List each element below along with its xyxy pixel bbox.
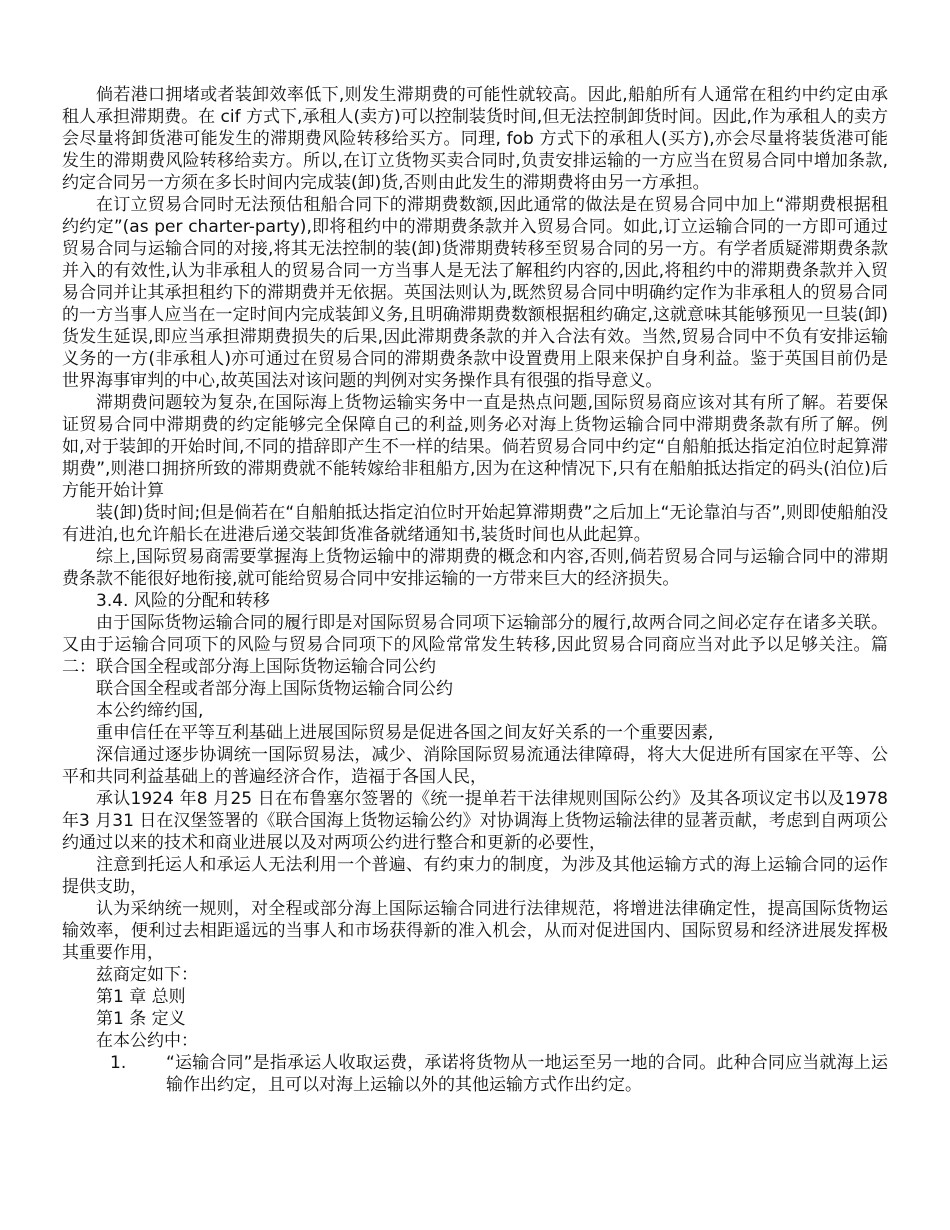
paragraph: 联合国全程或者部分海上国际货物运输合同公约 <box>62 678 888 700</box>
list-text: “运输合同”是指承运人收取运费，承诺将货物从一地运至另一地的合同。此种合同应当就… <box>166 1053 888 1095</box>
paragraph: 重申信任在平等互利基础上进展国际贸易是促进各国之间友好关系的一个重要因素, <box>62 722 888 744</box>
paragraph: 滞期费问题较为复杂,在国际海上货物运输实务中一直是热点问题,国际贸易商应该对其有… <box>62 392 888 502</box>
document-page: 倘若港口拥堵或者装卸效率低下,则发生滞期费的可能性就较高。因此,船舶所有人通常在… <box>0 0 950 1230</box>
paragraph: 在本公约中： <box>62 1030 888 1052</box>
paragraph: 综上,国际贸易商需要掌握海上货物运输中的滞期费的概念和内容,否则,倘若贸易合同与… <box>62 546 888 590</box>
list-number: 1. <box>110 1052 126 1074</box>
paragraph: 在订立贸易合同时无法预估租船合同下的滞期费数额,因此通常的做法是在贸易合同中加上… <box>62 194 888 392</box>
paragraph: 深信通过逐步协调统一国际贸易法，减少、消除国际贸易流通法律障碍，将大大促进所有国… <box>62 744 888 788</box>
section-heading: 3.4. 风险的分配和转移 <box>62 590 888 612</box>
paragraph: 第1 条 定义 <box>62 1008 888 1030</box>
paragraph: 倘若港口拥堵或者装卸效率低下,则发生滞期费的可能性就较高。因此,船舶所有人通常在… <box>62 84 888 194</box>
document-body: 倘若港口拥堵或者装卸效率低下,则发生滞期费的可能性就较高。因此,船舶所有人通常在… <box>62 84 888 1096</box>
list-item: 1.“运输合同”是指承运人收取运费，承诺将货物从一地运至另一地的合同。此种合同应… <box>62 1052 888 1096</box>
paragraph: 认为采纳统一规则，对全程或部分海上国际运输合同进行法律规范，将增进法律确定性，提… <box>62 898 888 964</box>
paragraph: 第1 章 总则 <box>62 986 888 1008</box>
paragraph: 本公约缔约国, <box>62 700 888 722</box>
paragraph: 注意到托运人和承运人无法利用一个普遍、有约束力的制度，为涉及其他运输方式的海上运… <box>62 854 888 898</box>
paragraph: 由于国际货物运输合同的履行即是对国际贸易合同项下运输部分的履行,故两合同之间必定… <box>62 612 888 678</box>
paragraph: 承认1924 年8 月25 日在布鲁塞尔签署的《统一提单若干法律规则国际公约》及… <box>62 788 888 854</box>
paragraph: 兹商定如下： <box>62 964 888 986</box>
paragraph: 装(卸)货时间;但是倘若在“自船舶抵达指定泊位时开始起算滞期费”之后加上“无论靠… <box>62 502 888 546</box>
